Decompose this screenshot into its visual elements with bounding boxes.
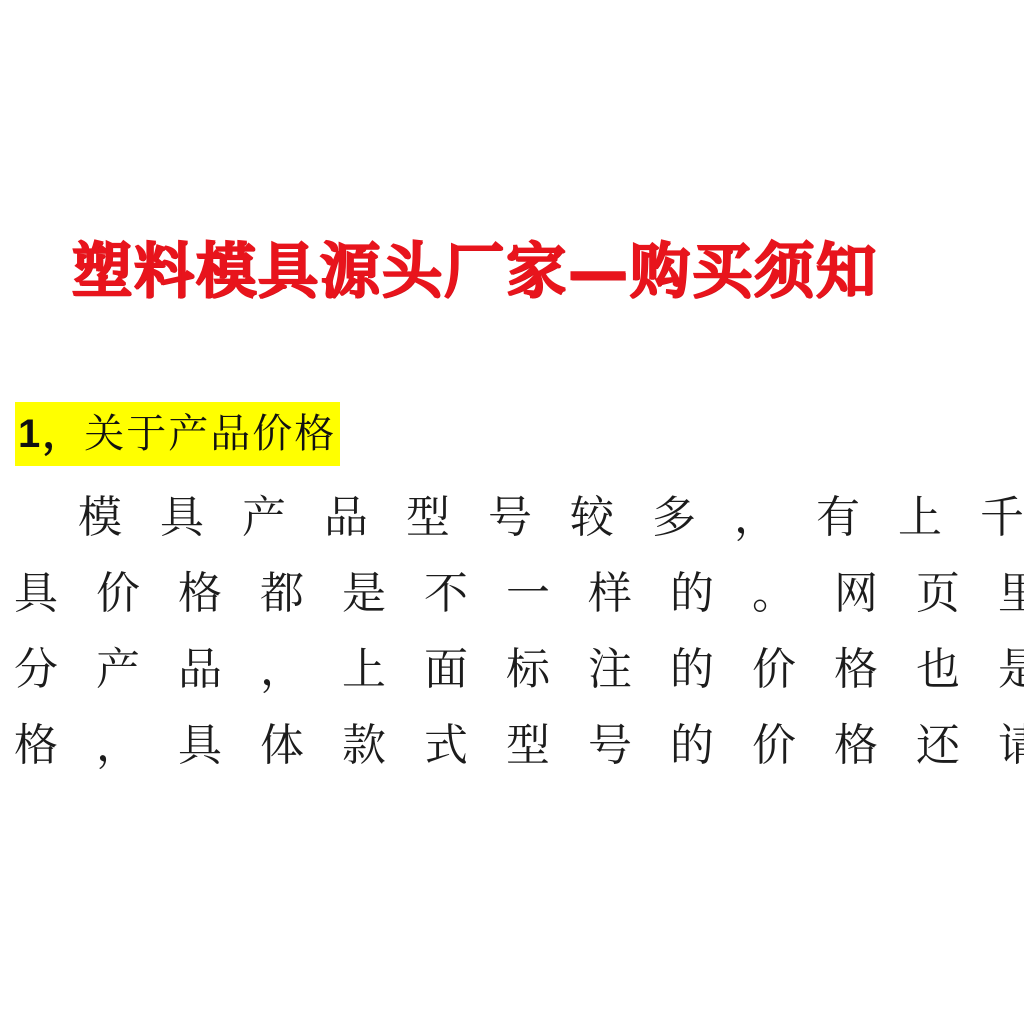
- section-paragraph: 模具产品型号较多，有上千种，不同规格型号的模 具价格都是不一样的。网页里的模具照…: [14, 480, 1024, 784]
- section-heading-text: 关于产品价格: [84, 411, 336, 457]
- page-title: 塑料模具源头厂家—购买须知: [72, 232, 872, 312]
- section-number: 1，: [18, 412, 84, 456]
- paragraph-line: 具价格都是不一样的。网页里的模具照片只是一小部: [14, 556, 1024, 632]
- paragraph-line: 模具产品型号较多，有上千种，不同规格型号的模: [14, 480, 1024, 556]
- paragraph-line: 格，具体款式型号的价格还请咨询客服。: [14, 708, 1024, 784]
- document-page: 塑料模具源头厂家—购买须知 1，关于产品价格 模具产品型号较多，有上千种，不同规…: [0, 0, 1024, 1024]
- section-heading-highlighted: 1，关于产品价格: [15, 402, 340, 466]
- paragraph-line: 分产品，上面标注的价格也是其中一款产品的参考价: [14, 632, 1024, 708]
